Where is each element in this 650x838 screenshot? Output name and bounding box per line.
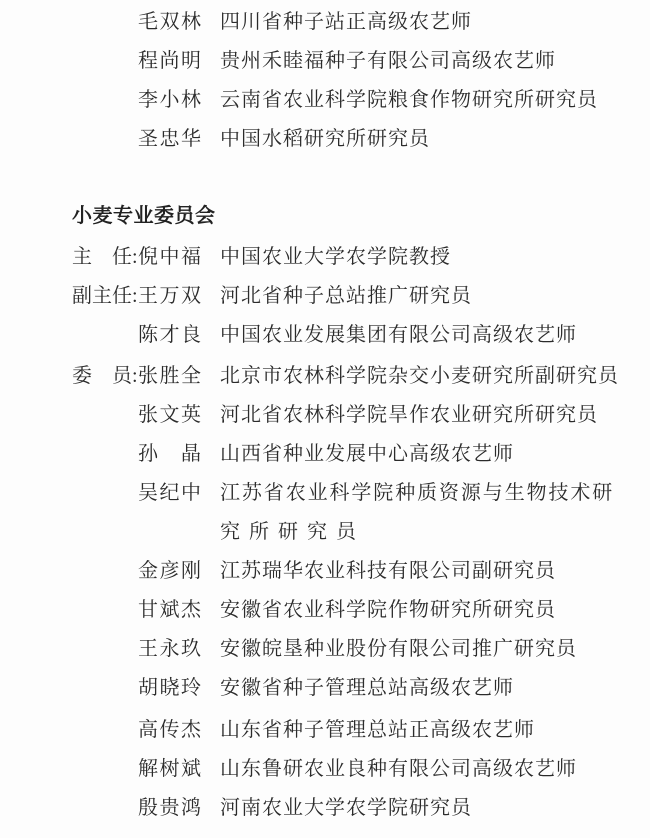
member-row: 圣忠华 中国水稻研究所研究员	[72, 120, 650, 159]
continued-members-section: 毛双林 四川省种子站正高级农艺师 程尚明 贵州禾睦福种子有限公司高级农艺师 李小…	[72, 3, 650, 159]
member-name: 王永玖	[138, 630, 220, 669]
affiliation-line-2: 究所研究员	[220, 513, 620, 552]
member-affiliation: 中国水稻研究所研究员	[220, 120, 650, 159]
member-affiliation: 安徽省农业科学院作物研究所研究员	[220, 591, 650, 630]
member-row: 甘斌杰 安徽省农业科学院作物研究所研究员	[72, 591, 650, 630]
wheat-committee-section: 主 任: 倪中福 中国农业大学农学院教授 副主任: 王万双 河北省种子总站推广研…	[72, 238, 650, 828]
member-name: 甘斌杰	[138, 591, 220, 630]
member-affiliation: 江苏瑞华农业科技有限公司副研究员	[220, 552, 650, 591]
member-name: 毛双林	[138, 3, 220, 42]
member-row: 金彦刚 江苏瑞华农业科技有限公司副研究员	[72, 552, 650, 591]
member-row: 王永玖 安徽皖垦种业股份有限公司推广研究员	[72, 630, 650, 669]
member-name: 李小林	[138, 81, 220, 120]
member-affiliation: 云南省农业科学院粮食作物研究所研究员	[220, 81, 650, 120]
member-name: 陈才良	[138, 316, 220, 355]
member-affiliation: 山东省种子管理总站正高级农艺师	[220, 711, 650, 750]
member-name: 孙 晶	[138, 435, 220, 474]
member-name: 程尚明	[138, 42, 220, 81]
member-name: 吴纪中	[138, 474, 220, 513]
member-row: 殷贵鸿 河南农业大学农学院研究员	[72, 789, 650, 828]
member-row: 吴纪中 江苏省农业科学院种质资源与生物技术研 究所研究员	[72, 474, 650, 552]
member-name: 胡晓玲	[138, 669, 220, 708]
member-name: 倪中福	[138, 238, 220, 277]
member-row: 毛双林 四川省种子站正高级农艺师	[72, 3, 650, 42]
member-row: 陈才良 中国农业发展集团有限公司高级农艺师	[72, 316, 650, 355]
member-affiliation: 山东鲁研农业良种有限公司高级农艺师	[220, 750, 650, 789]
role-label-chairman: 主 任:	[72, 238, 138, 277]
member-affiliation: 四川省种子站正高级农艺师	[220, 3, 650, 42]
member-row: 孙 晶 山西省种业发展中心高级农艺师	[72, 435, 650, 474]
document-page: 毛双林 四川省种子站正高级农艺师 程尚明 贵州禾睦福种子有限公司高级农艺师 李小…	[0, 0, 650, 838]
member-name: 高传杰	[138, 711, 220, 750]
member-affiliation: 河北省种子总站推广研究员	[220, 277, 650, 316]
member-affiliation: 河南农业大学农学院研究员	[220, 789, 650, 828]
member-row: 程尚明 贵州禾睦福种子有限公司高级农艺师	[72, 42, 650, 81]
member-name: 张文英	[138, 396, 220, 435]
member-row: 李小林 云南省农业科学院粮食作物研究所研究员	[72, 81, 650, 120]
member-affiliation: 山西省种业发展中心高级农艺师	[220, 435, 650, 474]
member-affiliation: 中国农业大学农学院教授	[220, 238, 650, 277]
member-name: 殷贵鸿	[138, 789, 220, 828]
member-row: 委 员: 张胜全 北京市农林科学院杂交小麦研究所副研究员	[72, 357, 650, 396]
member-name: 金彦刚	[138, 552, 220, 591]
section-title-wheat-committee: 小麦专业委员会	[72, 197, 650, 236]
member-name: 张胜全	[138, 357, 220, 396]
member-row: 张文英 河北省农林科学院旱作农业研究所研究员	[72, 396, 650, 435]
member-row: 主 任: 倪中福 中国农业大学农学院教授	[72, 238, 650, 277]
member-affiliation: 安徽皖垦种业股份有限公司推广研究员	[220, 630, 650, 669]
member-affiliation: 贵州禾睦福种子有限公司高级农艺师	[220, 42, 650, 81]
affiliation-line-1: 江苏省农业科学院种质资源与生物技术研	[220, 474, 620, 513]
member-affiliation: 安徽省种子管理总站高级农艺师	[220, 669, 650, 708]
member-row: 高传杰 山东省种子管理总站正高级农艺师	[72, 711, 650, 750]
member-row: 解树斌 山东鲁研农业良种有限公司高级农艺师	[72, 750, 650, 789]
role-label-vice-chairman: 副主任:	[72, 277, 138, 316]
member-affiliation: 中国农业发展集团有限公司高级农艺师	[220, 316, 650, 355]
member-affiliation: 河北省农林科学院旱作农业研究所研究员	[220, 396, 650, 435]
member-row: 副主任: 王万双 河北省种子总站推广研究员	[72, 277, 650, 316]
member-affiliation: 北京市农林科学院杂交小麦研究所副研究员	[220, 357, 650, 396]
member-row: 胡晓玲 安徽省种子管理总站高级农艺师	[72, 669, 650, 708]
role-label-member: 委 员:	[72, 357, 138, 396]
member-name: 王万双	[138, 277, 220, 316]
member-name: 圣忠华	[138, 120, 220, 159]
member-name: 解树斌	[138, 750, 220, 789]
member-affiliation: 江苏省农业科学院种质资源与生物技术研 究所研究员	[220, 474, 650, 552]
